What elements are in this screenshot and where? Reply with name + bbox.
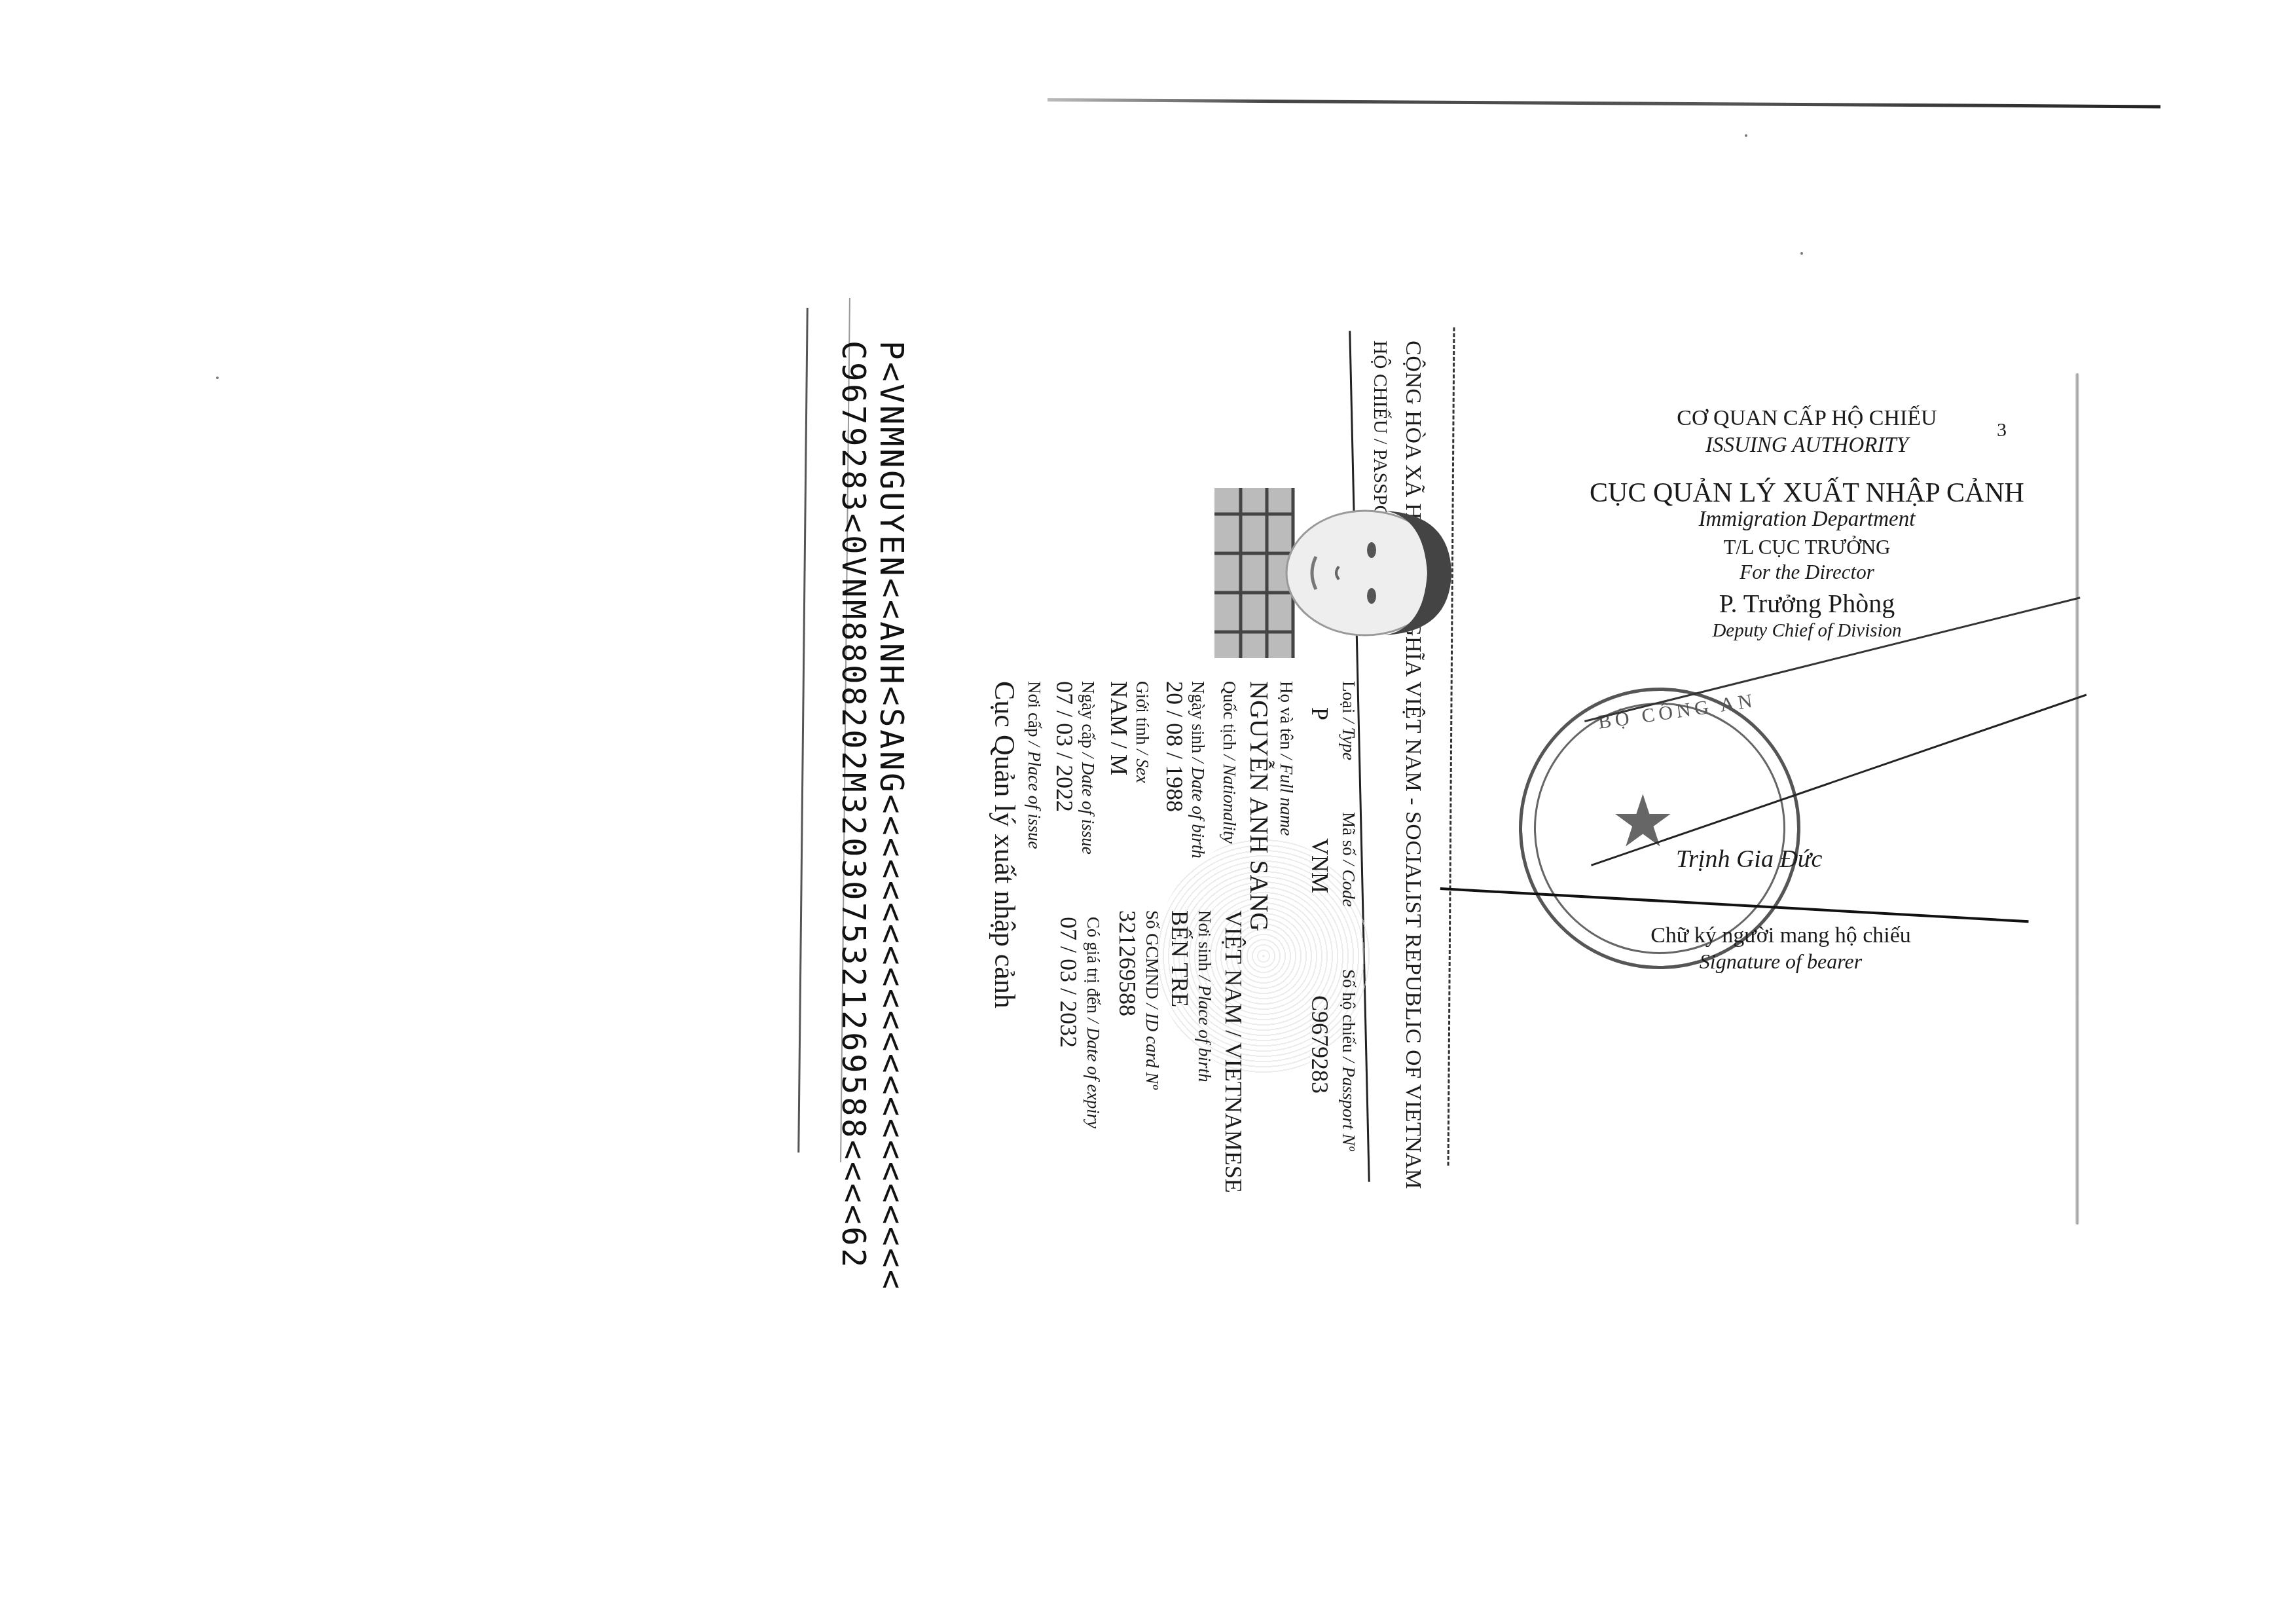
passport-edge	[797, 308, 809, 1153]
passport-data-page: CỘNG HÒA XÃ HỘI CHỦ NGHĨA VIỆT NAM - SOC…	[841, 341, 1430, 1179]
title-vi: P. Trưởng Phòng	[1558, 588, 2056, 619]
type-value: P	[1306, 707, 1334, 720]
mrz-line-1: P<VNMNGUYEN<<ANH<SANG<<<<<<<<<<<<<<<<<<<…	[872, 341, 910, 1291]
fold-line	[1448, 327, 1455, 1166]
id-card-value: 321269588	[1114, 910, 1141, 1016]
pob-label: Nơi sinh / Place of birth	[1194, 910, 1214, 1082]
full-name-value: NGUYỄN ANH SANG	[1244, 681, 1275, 931]
scan-speck	[1800, 252, 1803, 255]
heading-vi: CƠ QUAN CẤP HỘ CHIẾU	[1558, 406, 2056, 431]
department-vi: CỤC QUẢN LÝ XUẤT NHẬP CẢNH	[1558, 477, 2056, 509]
for-director-vi: T/L CỤC TRƯỞNG	[1558, 536, 2056, 559]
id-card-label: Số GCMND / ID card Nº	[1142, 910, 1162, 1090]
signer-name: Trịnh Gia Đức	[1676, 845, 1822, 874]
nationality-value: VIỆT NAM / VIETNAMESE	[1220, 910, 1247, 1193]
page-edge	[2075, 373, 2079, 1225]
code-value: VNM	[1306, 838, 1334, 893]
passport-no-label: Số hộ chiếu / Passport Nº	[1338, 969, 1358, 1151]
date-of-expiry-value: 07 / 03 / 2032	[1055, 917, 1082, 1048]
place-of-issue-label: Nơi cấp / Place of issue	[1024, 681, 1044, 849]
date-of-expiry-label: Có giá trị đến / Date of expiry	[1083, 917, 1103, 1128]
sex-label: Giới tính / Sex	[1132, 681, 1152, 783]
country-header: CỘNG HÒA XÃ HỘI CHỦ NGHĨA VIỆT NAM - SOC…	[1400, 341, 1425, 1189]
scan-edge	[1048, 98, 2160, 108]
department-en: Immigration Department	[1558, 507, 2056, 532]
dob-value: 20 / 08 / 1988	[1161, 681, 1188, 812]
nationality-label: Quốc tịch / Nationality	[1219, 681, 1239, 843]
place-of-issue-value: Cục Quản lý xuất nhập cảnh	[988, 681, 1021, 1008]
passport-no-value: C9679283	[1306, 995, 1334, 1094]
star-icon: ★	[1611, 779, 1675, 864]
portrait-photo	[1214, 475, 1463, 671]
for-director-en: For the Director	[1558, 561, 2056, 584]
scan-speck	[216, 377, 219, 379]
pob-value: BẾN TRE	[1166, 910, 1194, 1007]
type-label: Loại / Type	[1338, 681, 1358, 760]
date-of-issue-value: 07 / 03 / 2022	[1051, 681, 1078, 812]
bearer-signature-en: Signature of bearer	[1571, 950, 1990, 974]
sex-value: NAM / M	[1105, 681, 1133, 775]
scan-speck	[1745, 134, 1747, 137]
mrz-line-2: C9679283<0VNM8808202M3203075321269588<<<…	[834, 341, 872, 1291]
bearer-signature-block: Chữ ký người mang hộ chiếu Signature of …	[1571, 923, 1990, 974]
date-of-issue-label: Ngày cấp / Date of issue	[1078, 681, 1098, 855]
full-name-label: Họ và tên / Full name	[1276, 681, 1296, 836]
mrz-zone: P<VNMNGUYEN<<ANH<SANG<<<<<<<<<<<<<<<<<<<…	[834, 341, 910, 1291]
dob-label: Ngày sinh / Date of birth	[1188, 681, 1208, 858]
bearer-signature-vi: Chữ ký người mang hộ chiếu	[1571, 923, 1990, 948]
issuing-authority-block: CƠ QUAN CẤP HỘ CHIẾU ISSUING AUTHORITY C…	[1558, 406, 2056, 642]
code-label: Mã số / Code	[1338, 812, 1358, 907]
heading-en: ISSUING AUTHORITY	[1558, 434, 2056, 458]
